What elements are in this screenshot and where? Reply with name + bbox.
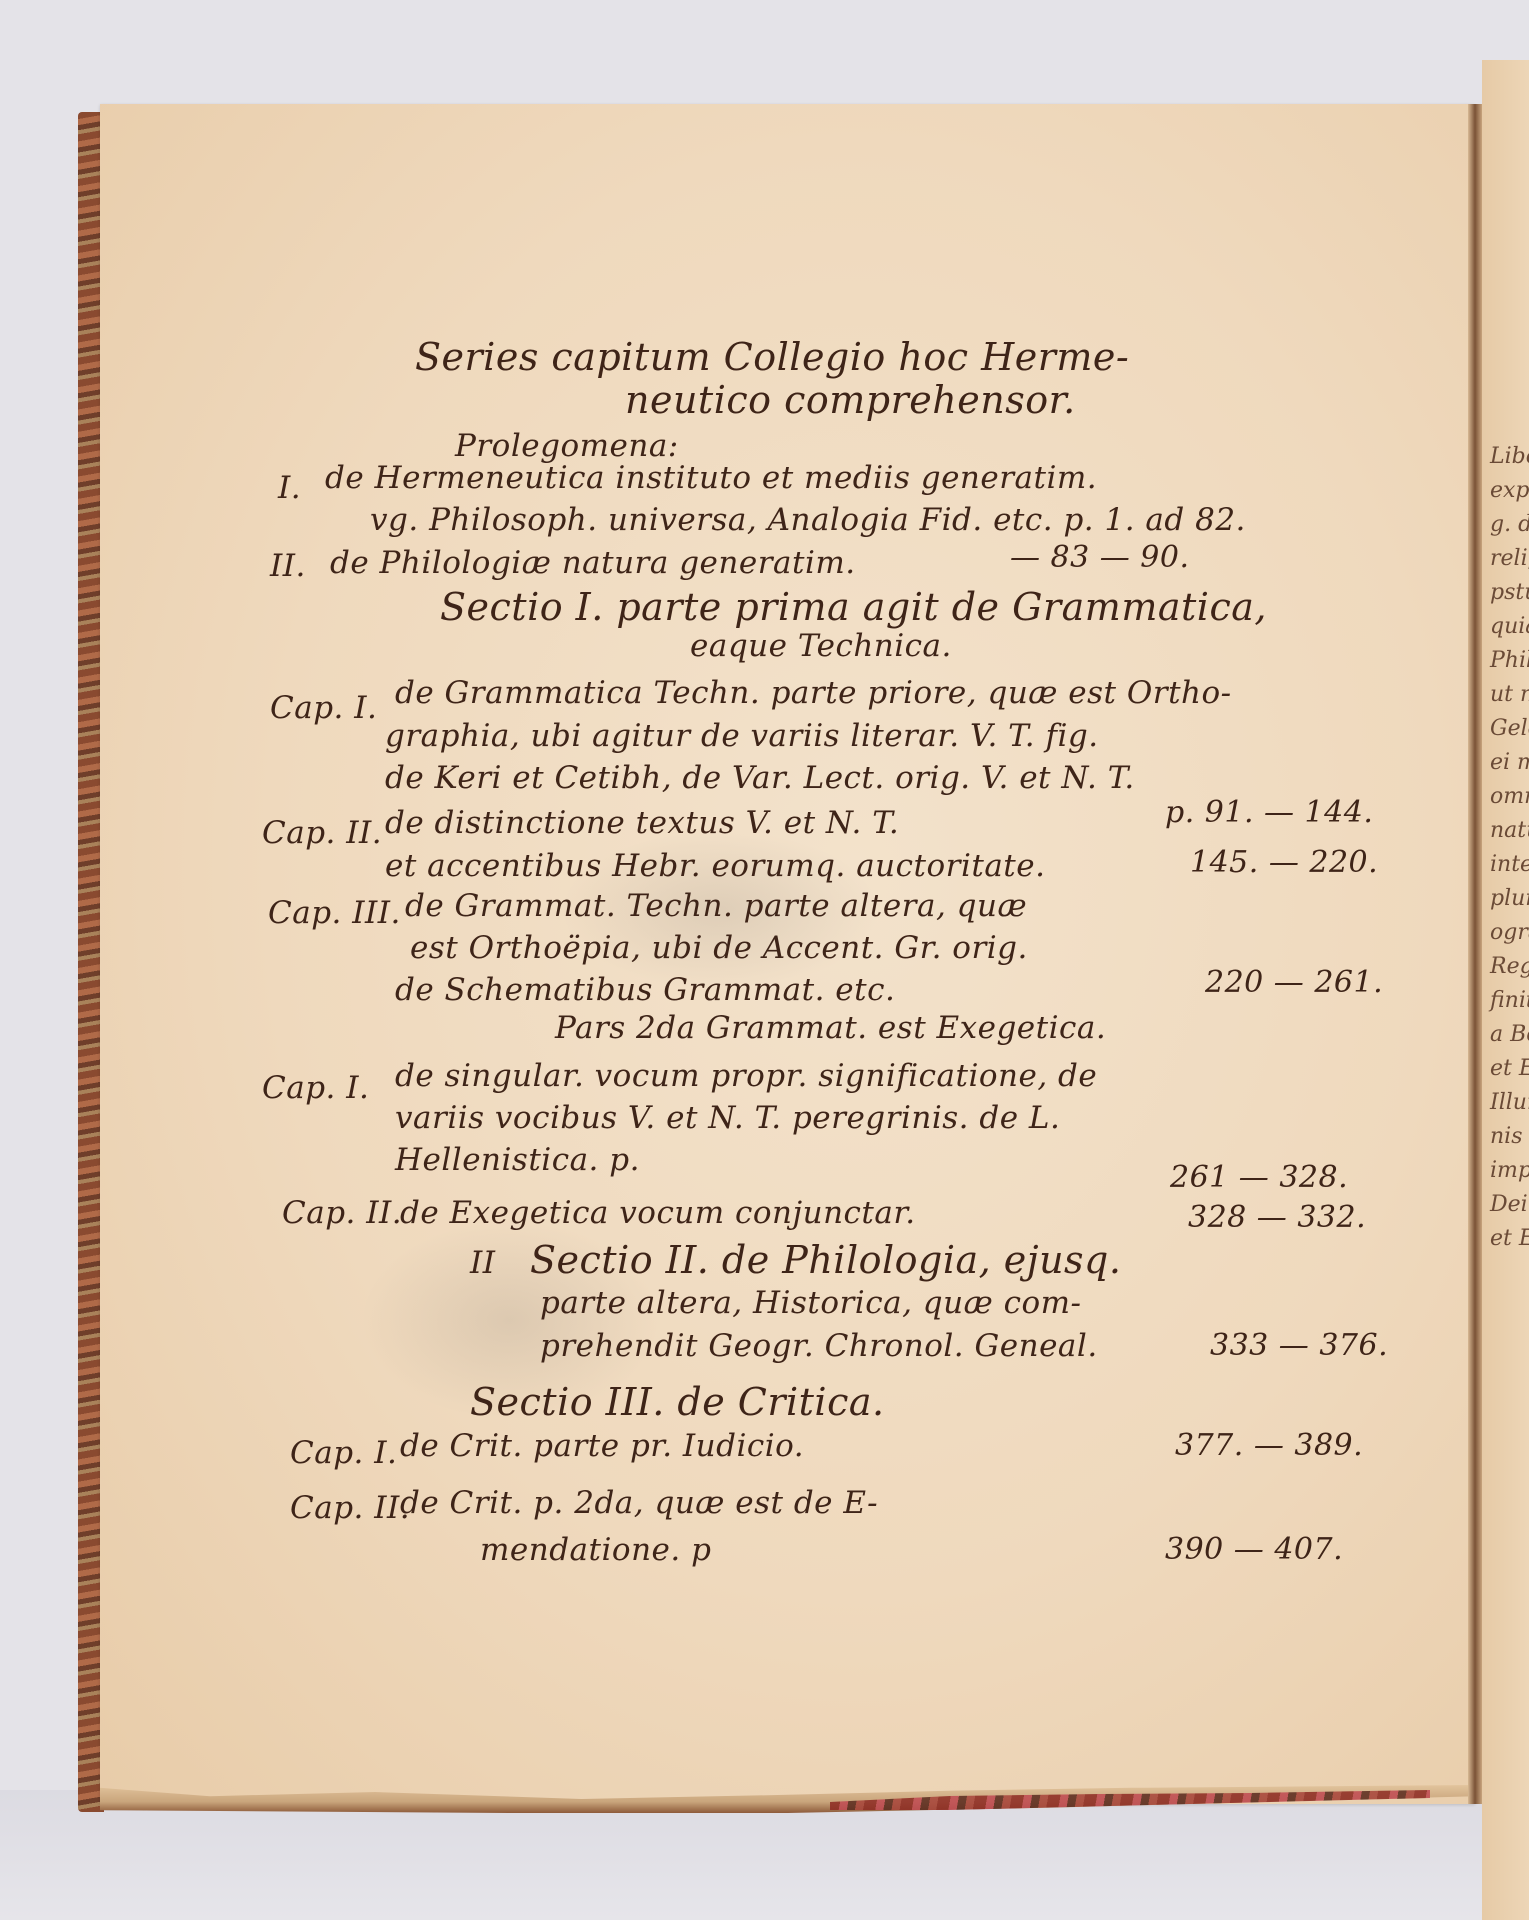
page-range: 328 — 332. — [1188, 1200, 1366, 1235]
page-range: 261 — 328. — [1170, 1160, 1348, 1195]
page-range: — 83 — 90. — [1010, 540, 1190, 575]
chapter-line: de distinctione textus V. et N. T. — [385, 805, 899, 841]
part-heading: Pars 2da Grammat. est Exegetica. — [555, 1010, 1106, 1046]
chapter-label: Cap. I. — [262, 1070, 369, 1106]
section-line: prehendit Geogr. Chronol. Geneal. — [540, 1328, 1098, 1364]
chapter-label: Cap. I. — [290, 1435, 397, 1471]
chapter-label: Cap. II. — [262, 815, 382, 851]
page-range: 145. — 220. — [1190, 845, 1378, 880]
page-range: p. 91. — 144. — [1165, 795, 1373, 830]
section-heading: Sectio I. parte prima agit de Grammatica… — [440, 585, 1267, 629]
chapter-number: I. — [278, 470, 301, 506]
chapter-line: de Grammatica Techn. parte priore, quæ e… — [395, 675, 1232, 711]
chapter-line: variis vocibus V. et N. T. peregrinis. d… — [395, 1100, 1060, 1136]
chapter-line: est Orthoëpia, ubi de Accent. Gr. orig. — [410, 930, 1028, 966]
page-range: 333 — 376. — [1210, 1328, 1388, 1363]
chapter-label: Cap. II. — [282, 1195, 402, 1231]
title-line-1: Series capitum Collegio hoc Herme- — [415, 335, 1129, 379]
section-heading: Sectio III. de Critica. — [470, 1380, 885, 1424]
page-range: 390 — 407. — [1165, 1532, 1343, 1567]
section-line: parte altera, Historica, quæ com- — [540, 1285, 1081, 1321]
prolegomena-item-line: de Philologiæ natura generatim. — [330, 545, 856, 581]
chapter-line: Hellenistica. p. — [395, 1142, 640, 1178]
prolegomena-item-line: vg. Philosoph. universa, Analogia Fid. e… — [370, 502, 1246, 538]
page-range: 220 — 261. — [1205, 965, 1383, 1000]
page-range: 377. — 389. — [1175, 1428, 1363, 1463]
chapter-line: de Grammat. Techn. parte altera, quæ — [405, 888, 1027, 924]
chapter-line: de Schematibus Grammat. etc. — [395, 972, 895, 1008]
chapter-label: Cap. II. — [290, 1490, 410, 1526]
title-line-2: neutico comprehensor. — [625, 378, 1076, 422]
prolegomena-item-line: de Hermeneutica instituto et mediis gene… — [325, 460, 1097, 496]
chapter-line: mendatione. p — [480, 1532, 711, 1568]
section-heading-line-2: eaque Technica. — [690, 628, 952, 664]
chapter-label: Cap. I. — [270, 690, 377, 726]
section-marker: II — [470, 1245, 496, 1281]
chapter-label: Cap. III. — [268, 895, 401, 931]
manuscript-text: Series capitum Collegio hoc Herme- neuti… — [0, 0, 1529, 1920]
chapter-line: de Crit. p. 2da, quæ est de E- — [400, 1485, 878, 1521]
chapter-line: de singular. vocum propr. significatione… — [395, 1058, 1097, 1094]
chapter-line: et accentibus Hebr. eorumq. auctoritate. — [385, 848, 1045, 884]
chapter-line: de Crit. parte pr. Iudicio. — [400, 1428, 804, 1464]
chapter-number: II. — [270, 548, 306, 584]
chapter-line: graphia, ubi agitur de variis literar. V… — [385, 718, 1099, 754]
chapter-line: de Keri et Cetibh, de Var. Lect. orig. V… — [385, 760, 1135, 796]
section-heading: Sectio II. de Philologia, ejusq. — [530, 1238, 1121, 1282]
prolegomena-heading: Prolegomena: — [455, 428, 679, 464]
chapter-line: de Exegetica vocum conjunctar. — [400, 1195, 916, 1231]
